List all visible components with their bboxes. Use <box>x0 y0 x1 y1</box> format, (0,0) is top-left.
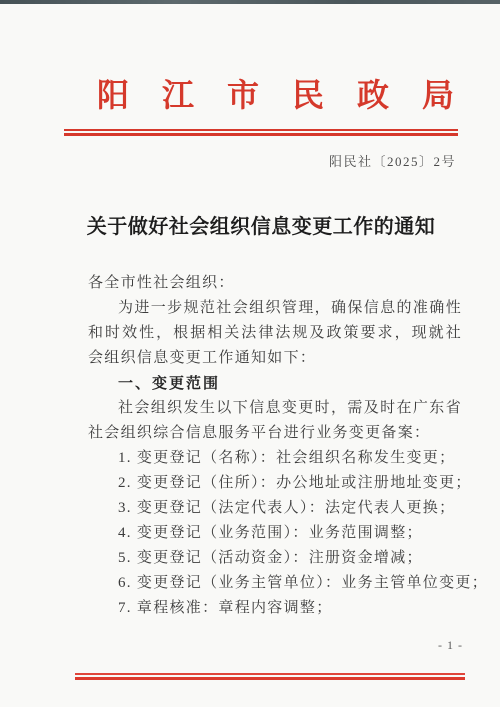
change-items-list: 1. 变更登记（名称）：社会组织名称发生变更； 2. 变更登记（住所）：办公地址… <box>88 446 462 621</box>
header-rule <box>64 129 458 136</box>
list-item: 6. 变更登记（业务主管单位）：业务主管单位变更； <box>88 571 462 596</box>
doc-number: 阳民社〔2025〕2号 <box>329 151 456 170</box>
salutation: 各全市性社会组织： <box>88 271 462 296</box>
document-page: 阳江市民政局 阳民社〔2025〕2号 关于做好社会组织信息变更工作的通知 各全市… <box>0 0 500 707</box>
scan-edge-strip <box>0 0 500 4</box>
section-heading: 一、变更范围 <box>88 371 462 396</box>
document-body: 各全市性社会组织： 为进一步规范社会组织管理，确保信息的准确性和时效性，根据相关… <box>88 271 462 621</box>
page-number: - 1 - <box>438 638 463 653</box>
section-intro: 社会组织发生以下信息变更时，需及时在广东省社会组织综合信息服务平台进行业务变更备… <box>88 396 462 446</box>
intro-paragraph: 为进一步规范社会组织管理，确保信息的准确性和时效性，根据相关法律法规及政策要求，… <box>88 296 462 371</box>
document-title: 关于做好社会组织信息变更工作的通知 <box>63 210 459 239</box>
list-item: 1. 变更登记（名称）：社会组织名称发生变更； <box>88 446 462 471</box>
list-item: 7. 章程核准：章程内容调整； <box>88 596 462 621</box>
list-item: 5. 变更登记（活动资金）：注册资金增减； <box>88 546 462 571</box>
agency-header: 阳江市民政局 <box>97 78 487 112</box>
footer-rule <box>75 673 465 680</box>
list-item: 4. 变更登记（业务范围）：业务范围调整； <box>88 521 462 546</box>
list-item: 2. 变更登记（住所）：办公地址或注册地址变更； <box>88 471 462 496</box>
list-item: 3. 变更登记（法定代表人）：法定代表人更换； <box>88 496 462 521</box>
